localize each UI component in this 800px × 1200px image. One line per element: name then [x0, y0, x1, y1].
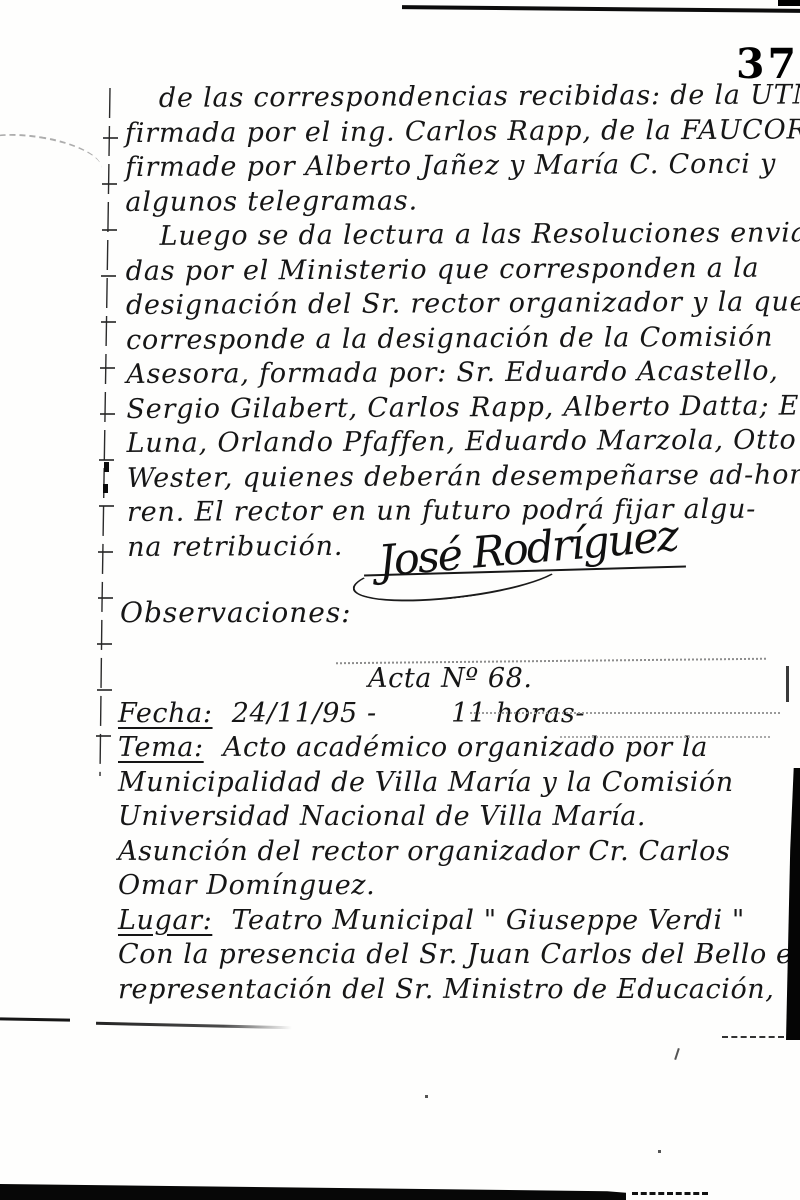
tema-continuation-line: Universidad Nacional de Villa María.: [118, 800, 800, 835]
lugar-label: Lugar:: [118, 905, 212, 936]
handwritten-line: Asesora, formada por: Sr. Eduardo Acaste…: [126, 354, 800, 393]
handwritten-line: firmade por Alberto Jañez y María C. Con…: [125, 147, 800, 186]
scan-artifact-dashes: [470, 712, 780, 714]
scan-artifact-right-bar-dash: [722, 1036, 784, 1038]
scan-artifact-scratch-line: [96, 1022, 292, 1029]
observations-label: Observaciones:: [120, 596, 352, 629]
scan-speck: [674, 1048, 680, 1060]
scanned-document-page: 37 de las correspondencias recibidas: de…: [0, 0, 800, 1200]
handwritten-line: corresponde a la designación de la Comis…: [126, 319, 800, 358]
tema-continuation-line: Omar Domínguez.: [118, 869, 800, 904]
scan-artifact-faint-curve: [0, 126, 105, 190]
scan-artifact-bottom-bar: [0, 1184, 626, 1200]
fecha-label: Fecha:: [118, 698, 213, 729]
lugar-line: Lugar: Teatro Municipal " Giuseppe Verdi…: [118, 904, 800, 939]
lugar-continuation-line: representación del Sr. Ministro de Educa…: [118, 973, 800, 1008]
lugar-text: Teatro Municipal " Giuseppe Verdi ": [232, 905, 745, 936]
handwritten-line: das por el Ministerio que corresponden a…: [126, 250, 800, 289]
minutes-paragraph: de las correspondencias recibidas: de la…: [125, 78, 800, 565]
scan-artifact-edge-tick: [786, 666, 789, 702]
scan-artifact-bottom-bar-dash: [632, 1192, 708, 1195]
handwritten-line: designación del Sr. rector organizador y…: [126, 285, 800, 324]
fecha-value: 24/11/95 -: [232, 698, 377, 729]
tema-label: Tema:: [118, 732, 204, 763]
handwritten-line: Luna, Orlando Pfaffen, Eduardo Marzola, …: [127, 423, 800, 462]
handwritten-line: de las correspondencias recibidas: de la…: [125, 78, 800, 117]
acta-title: Acta Nº 68.: [368, 662, 800, 697]
handwritten-line: firmada por el ing. Carlos Rapp, de la F…: [125, 112, 800, 151]
handwritten-line: Sergio Gilabert, Carlos Rapp, Alberto Da…: [126, 388, 800, 427]
handwritten-line: algunos telegramas.: [125, 181, 800, 220]
scan-artifact-top-line: [402, 5, 800, 13]
scan-speck: [425, 1095, 428, 1098]
tema-continuation-line: Asunción del rector organizador Cr. Carl…: [118, 835, 800, 870]
scan-artifact-scratch-line: [0, 1017, 70, 1021]
scan-speck: [658, 1150, 661, 1153]
handwritten-line: Wester, quienes deberán desempeñarse ad-…: [127, 457, 800, 496]
lugar-continuation-line: Con la presencia del Sr. Juan Carlos del…: [118, 938, 800, 973]
tema-continuation-line: Municipalidad de Villa María y la Comisi…: [118, 766, 800, 801]
scan-artifact-dashes: [560, 736, 770, 738]
handwritten-line: Luego se da lectura a las Resoluciones e…: [125, 216, 800, 255]
signature-block: José Rodríguez: [356, 524, 708, 640]
scan-artifact-corner-blob: [778, 0, 800, 6]
